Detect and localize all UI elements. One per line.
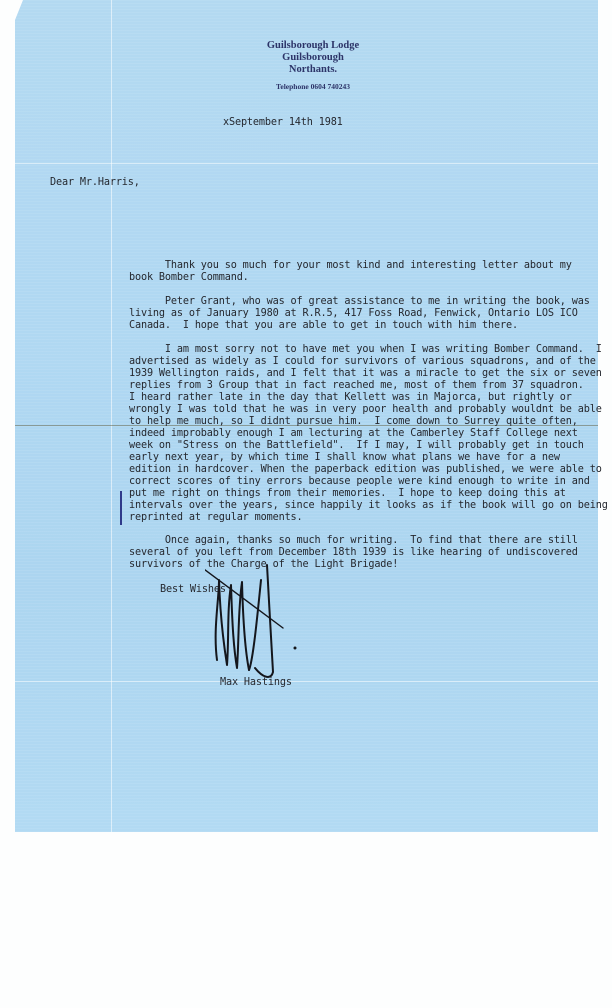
letterhead: Guilsborough Lodge Guilsborough Northant… xyxy=(218,40,408,93)
margin-pen-mark xyxy=(120,491,122,525)
signature-icon xyxy=(205,560,305,685)
salutation: Dear Mr.Harris, xyxy=(50,177,140,189)
letterhead-county: Northants. xyxy=(218,64,408,76)
paragraph-peter-grant: Peter Grant, who was of great assistance… xyxy=(129,296,590,332)
paragraph-closing: Once again, thanks so much for writing. … xyxy=(129,535,578,571)
letterhead-house: Guilsborough Lodge xyxy=(218,40,408,52)
fold-crease xyxy=(15,681,598,682)
letterhead-telephone: Telephone 0604 740243 xyxy=(218,81,408,93)
paragraph-apology: I am most sorry not to have met you when… xyxy=(129,344,608,524)
fold-crease-vertical xyxy=(111,0,112,832)
paragraph-thanks: Thank you so much for your most kind and… xyxy=(129,260,572,284)
letter-date: xSeptember 14th 1981 xyxy=(223,117,343,129)
fold-crease xyxy=(15,163,598,164)
letterhead-village: Guilsborough xyxy=(218,52,408,64)
signer-name: Max Hastings xyxy=(220,677,292,689)
